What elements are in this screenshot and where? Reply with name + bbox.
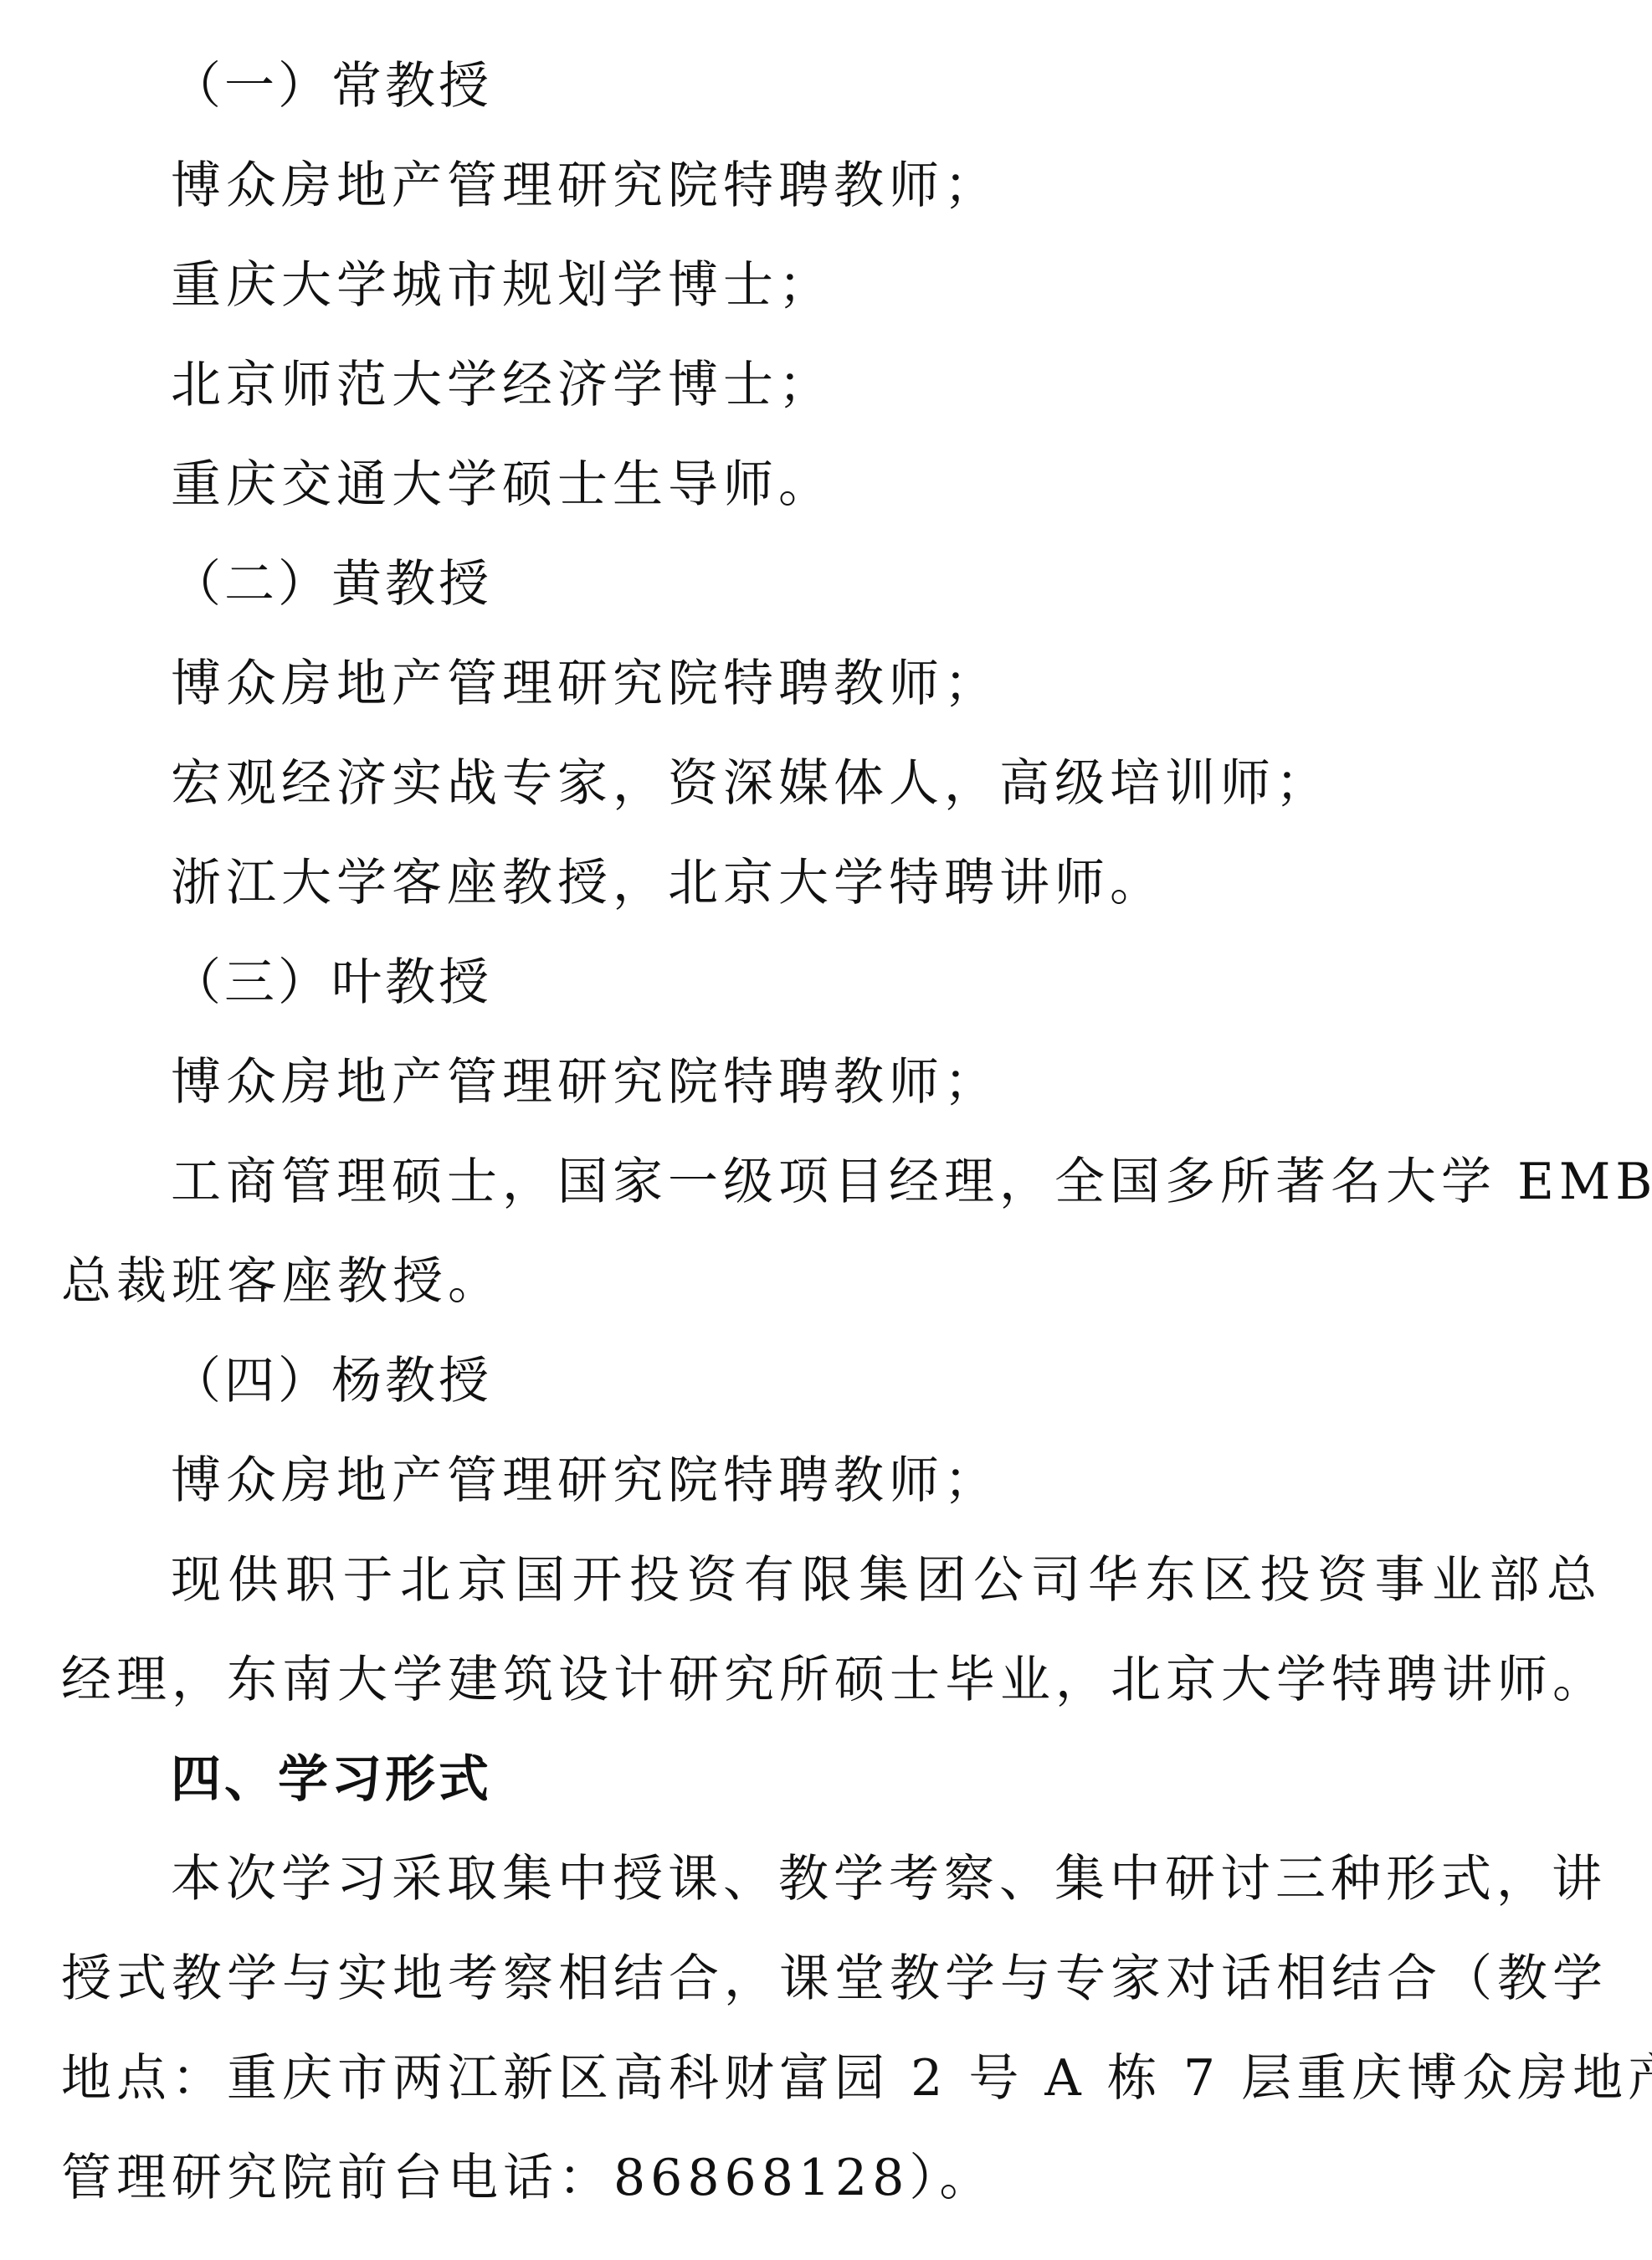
section-line: 现供职于北京国开投资有限集团公司华东区投资事业部总 (171, 1531, 1602, 1631)
section-line: 总裁班客座教授。 (61, 1232, 1601, 1332)
section-line: 经理，东南大学建筑设计研究所硕士毕业，北京大学特聘讲师。 (61, 1631, 1601, 1730)
section-line: 重庆大学城市规划学博士； (171, 236, 1602, 336)
document-page: （一）常教授 博众房地产管理研究院特聘教师； 重庆大学城市规划学博士； 北京师范… (0, 0, 1652, 2260)
section-line: 博众房地产管理研究院特聘教师； (171, 136, 1602, 236)
section-line: 重庆交通大学硕士生导师。 (171, 435, 1602, 535)
study-form-heading: 四、学习形式 (171, 1730, 1602, 1830)
section-line: 博众房地产管理研究院特聘教师； (171, 634, 1602, 734)
study-form-line: 地点：重庆市两江新区高科财富园 2 号 A 栋 7 层重庆博众房地产 (61, 2029, 1601, 2129)
section-line: 宏观经济实战专家，资深媒体人，高级培训师； (171, 734, 1602, 834)
section-line: 北京师范大学经济学博士； (171, 336, 1602, 435)
section-title-ye: （三）叶教授 (171, 933, 1602, 1033)
section-title-huang: （二）黄教授 (171, 535, 1602, 634)
section-title-chang: （一）常教授 (171, 37, 1602, 136)
study-form-line: 授式教学与实地考察相结合，课堂教学与专家对话相结合（教学 (61, 1929, 1601, 2029)
section-line: 工商管理硕士，国家一级项目经理，全国多所著名大学 EMBA (171, 1133, 1602, 1232)
study-form-line: 管理研究院前台电话：86868128）。 (61, 2129, 1601, 2228)
study-form-line: 本次学习采取集中授课、教学考察、集中研讨三种形式，讲 (171, 1830, 1602, 1929)
section-line: 博众房地产管理研究院特聘教师； (171, 1033, 1602, 1133)
section-line: 博众房地产管理研究院特聘教师； (171, 1431, 1602, 1531)
section-title-yang: （四）杨教授 (171, 1332, 1602, 1431)
section-line: 浙江大学客座教授，北京大学特聘讲师。 (171, 834, 1602, 933)
